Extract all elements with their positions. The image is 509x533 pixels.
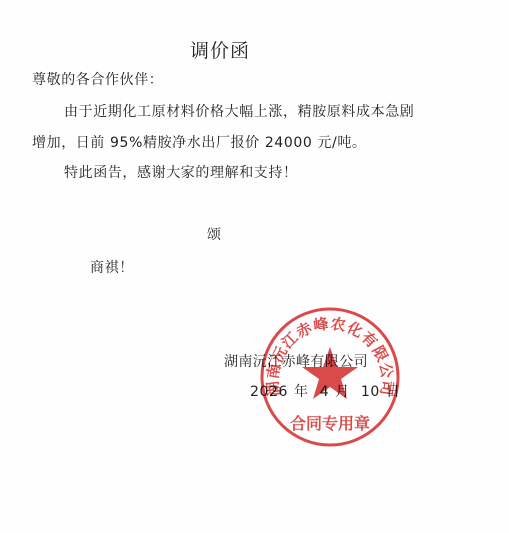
seal-star-icon bbox=[302, 347, 358, 399]
body-paragraph-1-continued: 增加，日前 95%精胺净水出厂报价 24000 元/吨。 bbox=[32, 132, 367, 152]
letter-title: 调价函 bbox=[0, 36, 440, 63]
closing-song: 颂 bbox=[207, 224, 222, 244]
seal-bottom-text: 合同专用章 bbox=[290, 414, 370, 433]
company-seal-stamp: 湖南沅江赤峰农化有限公司 合同专用章 bbox=[258, 305, 402, 449]
closing-qi: 商祺！ bbox=[90, 257, 134, 277]
body-paragraph-1: 由于近期化工原材料价格大幅上涨，精胺原料成本急剧 bbox=[64, 101, 414, 121]
scanned-letter-page: 调价函 尊敬的各合作伙伴： 由于近期化工原材料价格大幅上涨，精胺原料成本急剧 增… bbox=[0, 0, 509, 533]
salutation: 尊敬的各合作伙伴： bbox=[32, 69, 163, 89]
body-paragraph-2: 特此函告，感谢大家的理解和支持！ bbox=[64, 162, 298, 182]
